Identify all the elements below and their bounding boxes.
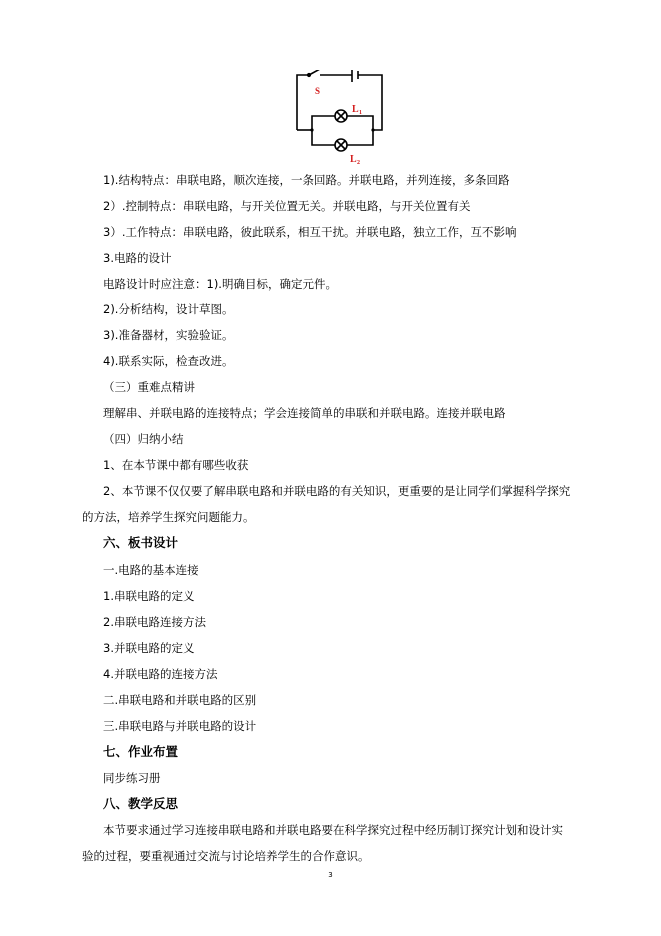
design-step-4: 4).联系实际，检查改进。 [103, 354, 233, 368]
board-item-4: 3.并联电路的定义 [103, 641, 194, 655]
control-features: 2）.控制特点：串联电路，与开关位置无关。并联电路，与开关位置有关 [103, 199, 470, 213]
heading-blackboard-design: 六、板书设计 [103, 536, 178, 550]
lamp2-label: L [350, 154, 357, 165]
lamp1-subscript: 1 [359, 110, 362, 116]
document-page: S L 1 L 2 1).结构特点：串联电路，顺次连接，一条回路。并联电路，并列… [0, 0, 661, 936]
design-step-2: 2).分析结构，设计草图。 [103, 302, 233, 316]
summary-item-1: 1、在本节课中都有哪些收获 [103, 458, 248, 472]
switch-label: S [315, 86, 320, 96]
key-points-text: 理解串、并联电路的连接特点；学会连接简单的串联和并联电路。连接并联电路 [103, 406, 506, 420]
board-item-3: 2.串联电路连接方法 [103, 615, 206, 629]
board-item-5: 4.并联电路的连接方法 [103, 667, 217, 681]
heading-reflection: 八、教学反思 [103, 797, 178, 811]
design-step-3: 3).准备器材，实验验证。 [103, 328, 233, 342]
board-item-2: 1.串联电路的定义 [103, 589, 194, 603]
board-item-7: 三.串联电路与并联电路的设计 [103, 719, 256, 733]
structure-features: 1).结构特点：串联电路，顺次连接，一条回路。并联电路，并列连接，多条回路 [103, 173, 509, 187]
reflection-text-cont: 验的过程，要重视通过交流与讨论培养学生的合作意识。 [82, 849, 370, 863]
homework-text: 同步练习册 [103, 771, 161, 785]
section-summary: （四）归纳小结 [103, 432, 184, 446]
section-circuit-design: 3.电路的设计 [103, 251, 171, 265]
working-features: 3）.工作特点：串联电路，彼此联系，相互干扰。并联电路，独立工作，互不影响 [103, 225, 516, 239]
board-item-1: 一.电路的基本连接 [103, 563, 199, 577]
summary-item-2-cont: 的方法，培养学生探究问题能力。 [82, 510, 255, 524]
section-key-points: （三）重难点精讲 [103, 380, 195, 394]
lamp1-label: L [352, 104, 359, 115]
junction-right [371, 128, 374, 131]
parallel-circuit-diagram: S L 1 L 2 [290, 70, 390, 165]
summary-item-2: 2、本节课不仅仅要了解串联电路和并联电路的有关知识，更重要的是让同学们掌握科学探… [103, 484, 570, 498]
lamp2-subscript: 2 [357, 160, 360, 165]
design-step-1: 电路设计时应注意：1).明确目标，确定元件。 [103, 277, 337, 291]
page-number: 3 [0, 871, 661, 879]
junction-left [310, 128, 313, 131]
board-item-6: 二.串联电路和并联电路的区别 [103, 693, 256, 707]
reflection-text: 本节要求通过学习连接串联电路和并联电路要在科学探究过程中经历制订探究计划和设计实 [103, 823, 563, 837]
heading-homework: 七、作业布置 [103, 745, 178, 759]
